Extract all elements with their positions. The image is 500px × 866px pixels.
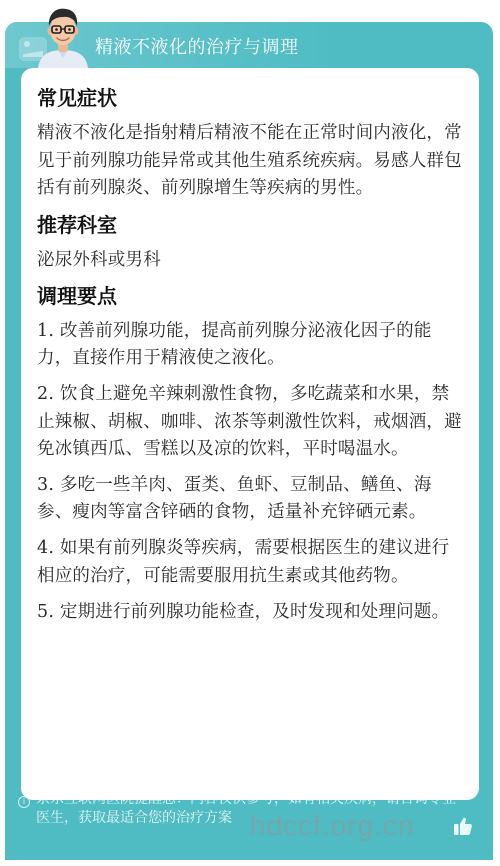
list-item: 4. 如果有前列腺炎等疾病，需要根据医生的建议进行相应的治疗，可能需要服用抗生素… bbox=[37, 535, 463, 589]
section-heading-care-points: 调理要点 bbox=[37, 282, 463, 310]
disclaimer-footer: i 京东互联网医院提醒您：内容仅供参考，如有相关疾病，请咨询专业医生，获取最适合… bbox=[18, 790, 468, 828]
symptoms-text: 精液不液化是指射精后精液不能在正常时间内液化，常见于前列腺功能异常或其他生殖系统… bbox=[37, 120, 463, 203]
thumbs-up-icon[interactable] bbox=[453, 816, 473, 836]
page-title: 精液不液化的治疗与调理 bbox=[95, 33, 299, 59]
info-icon: i bbox=[18, 796, 30, 808]
content-card: 常见症状 精液不液化是指射精后精液不能在正常时间内液化，常见于前列腺功能异常或其… bbox=[21, 68, 479, 800]
section-heading-department: 推荐科室 bbox=[37, 211, 463, 239]
list-item: 1. 改善前列腺功能，提高前列腺分泌液化因子的能力，直接作用于精液使之液化。 bbox=[37, 318, 463, 372]
disclaimer-text: 京东互联网医院提醒您：内容仅供参考，如有相关疾病，请咨询专业医生，获取最适合您的… bbox=[36, 791, 456, 826]
doctor-avatar-icon bbox=[30, 2, 96, 68]
list-item: 5. 定期进行前列腺功能检查，及时发现和处理问题。 bbox=[37, 599, 463, 626]
list-item: 2. 饮食上避免辛辣刺激性食物，多吃蔬菜和水果，禁止辣椒、胡椒、咖啡、浓茶等刺激… bbox=[37, 381, 463, 463]
section-heading-symptoms: 常见症状 bbox=[37, 84, 463, 112]
department-text: 泌尿外科或男科 bbox=[37, 247, 463, 275]
list-item: 3. 多吃一些羊肉、蛋类、鱼虾、豆制品、鳝鱼、海参、瘦肉等富含锌硒的食物，适量补… bbox=[37, 472, 463, 526]
